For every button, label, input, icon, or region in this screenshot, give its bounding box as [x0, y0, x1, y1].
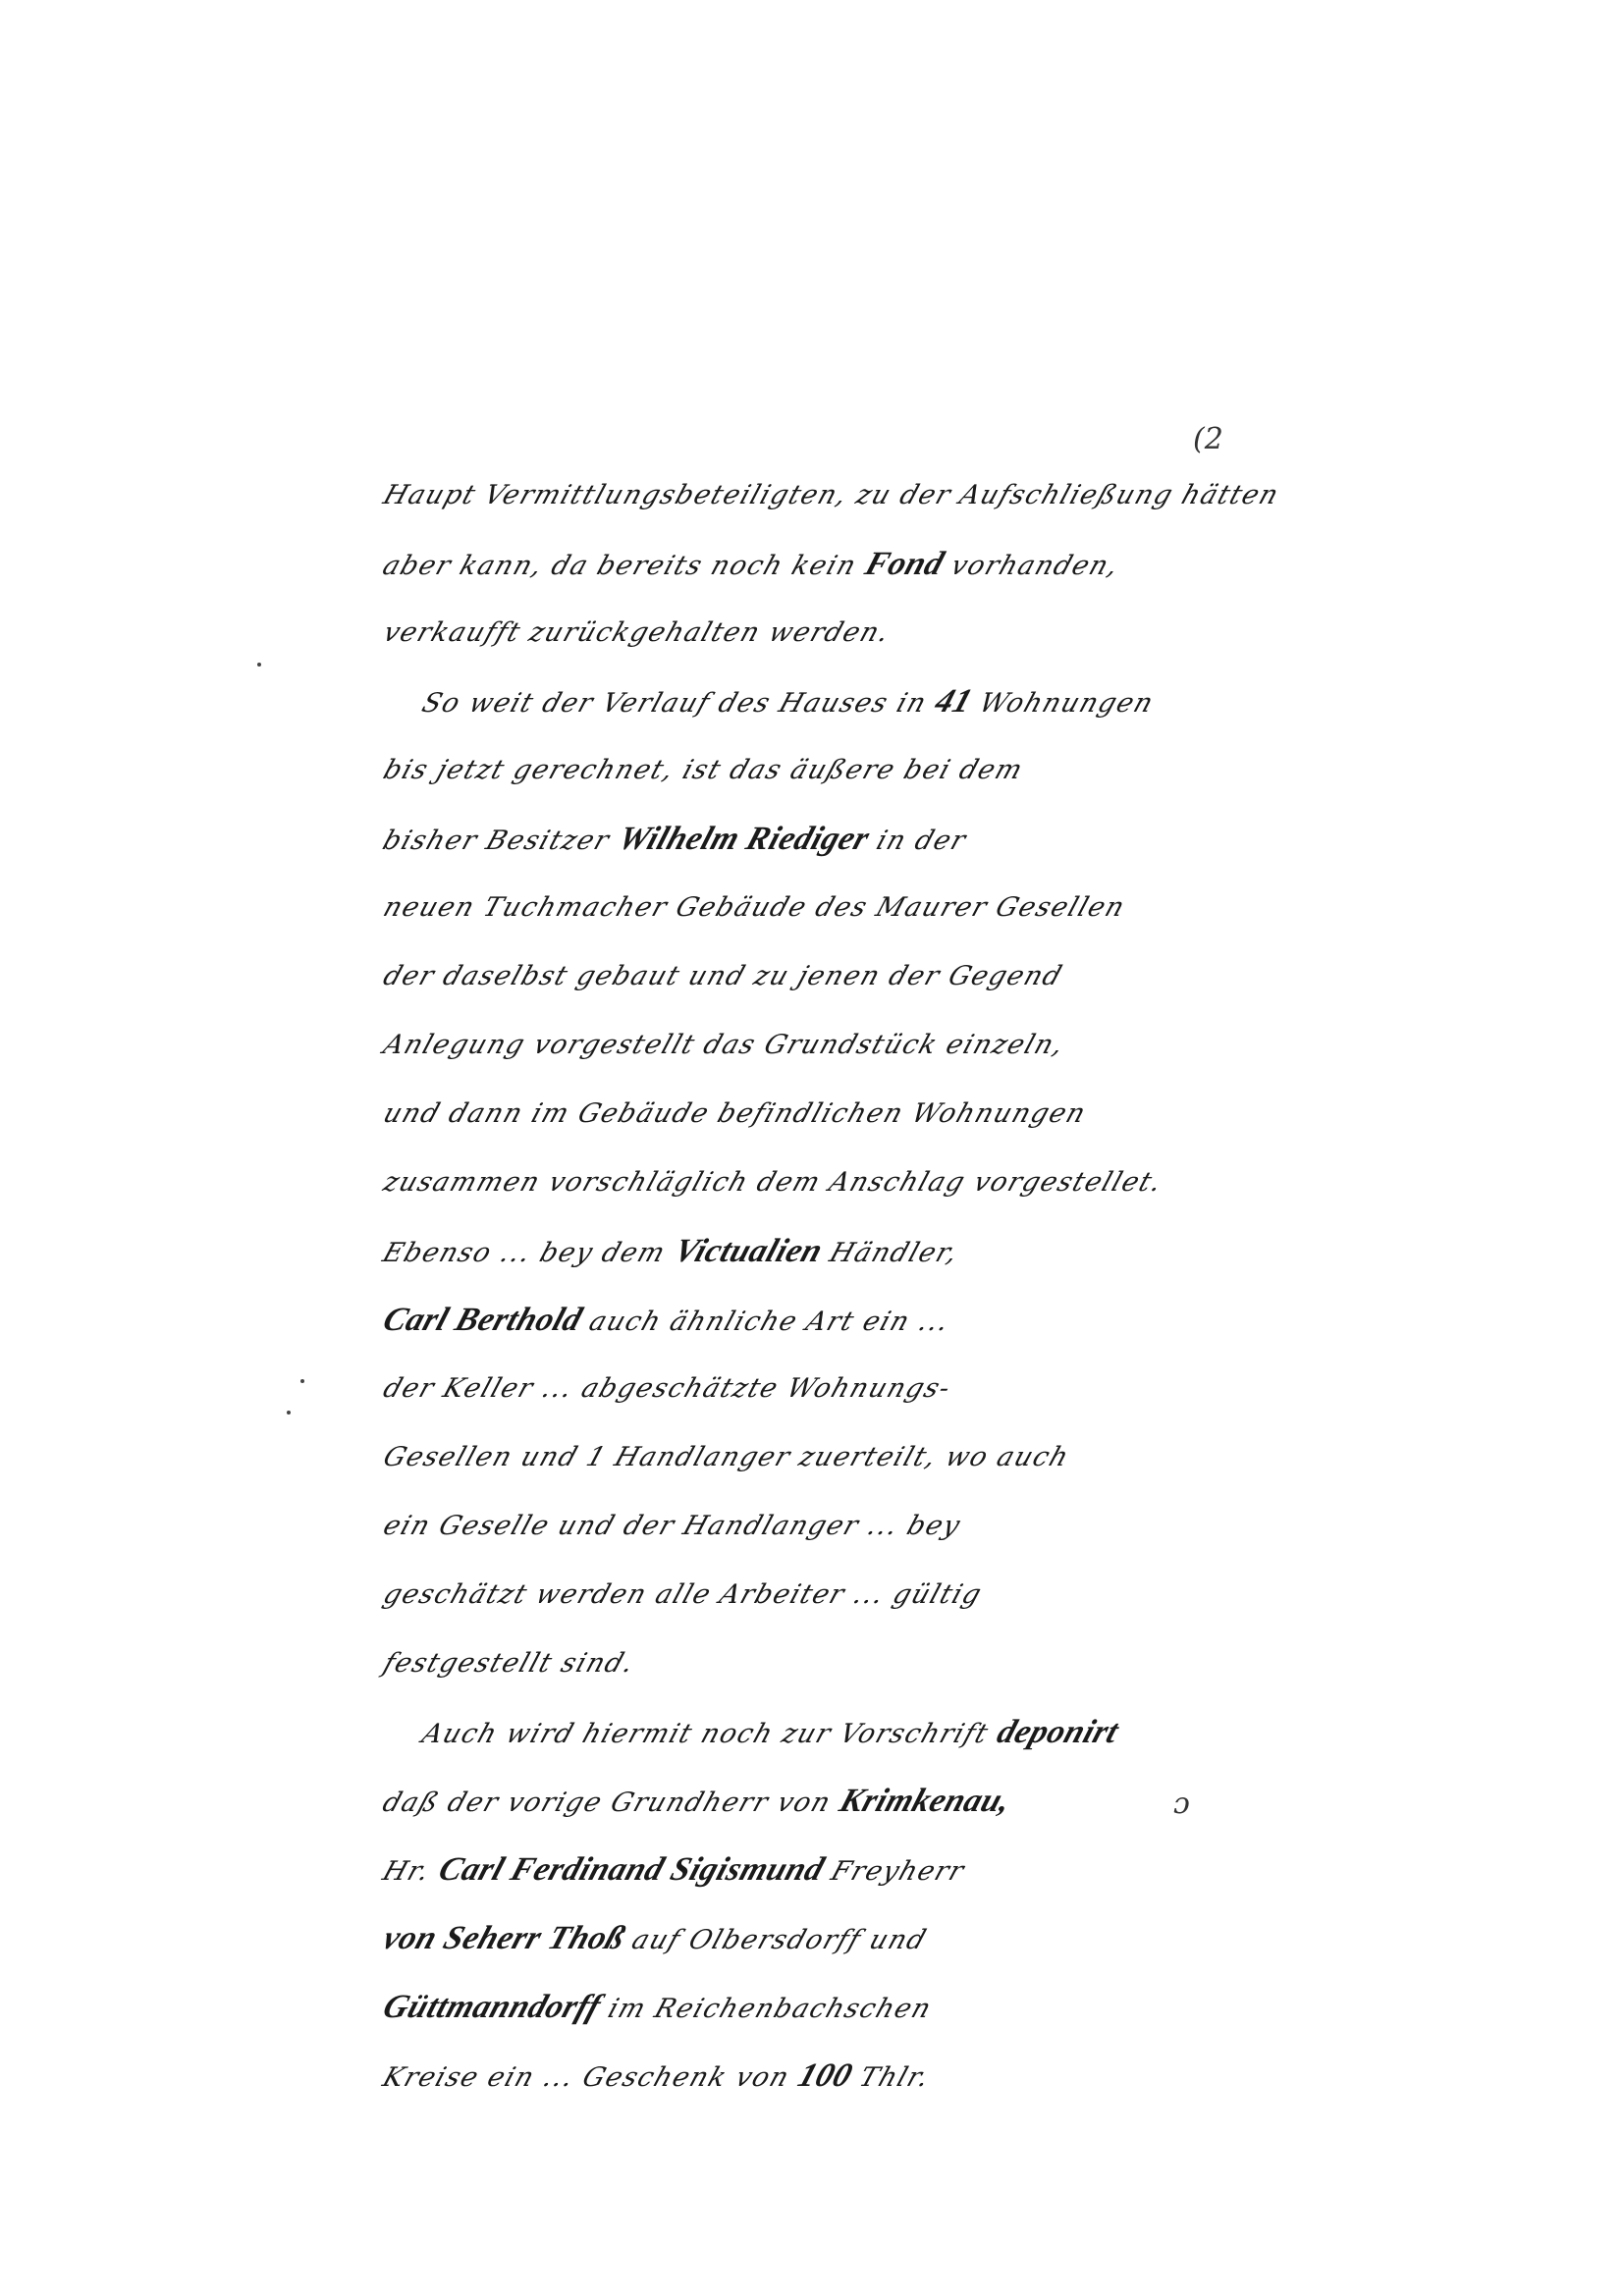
manuscript-line: Ebenso ... bey dem Victualien Händler, — [373, 1217, 1328, 1286]
manuscript-line: Güttmanndorff im Reichenbachschen — [373, 1973, 1328, 2042]
manuscript-line: verkaufft zurückgehalten werden. — [373, 599, 1328, 667]
manuscript-line: Haupt Vermittlungsbeteiligten, zu der Au… — [373, 461, 1328, 530]
manuscript-line: Auch wird hiermit noch zur Vorschrift de… — [373, 1698, 1328, 1767]
name-carl-ferdinand: Carl Ferdinand Sigismund — [434, 1851, 829, 1888]
name-berthold: Carl Berthold — [379, 1302, 587, 1338]
name-seherr-thoss: von Seherr Thoß — [379, 1920, 630, 1956]
manuscript-line: Kreise ein ... Geschenk von 100 Thlr. — [373, 2042, 1328, 2110]
manuscript-line: geschätzt werden alle Arbeiter ... gülti… — [373, 1561, 1328, 1629]
manuscript-line: So weit der Verlauf des Hauses in 41 Woh… — [373, 667, 1328, 736]
manuscript-line: bis jetzt gerechnet, ist das äußere bei … — [373, 736, 1328, 805]
manuscript-line: Gesellen und 1 Handlanger zuerteilt, wo … — [373, 1423, 1328, 1492]
manuscript-line: und dann im Gebäude befindlichen Wohnung… — [373, 1080, 1328, 1148]
manuscript-line: festgestellt sind. — [373, 1629, 1328, 1698]
manuscript-line: neuen Tuchmacher Gebäude des Maurer Gese… — [373, 874, 1328, 942]
manuscript-line: ein Geselle und der Handlanger ... bey — [373, 1492, 1328, 1561]
ink-speck — [287, 1411, 291, 1415]
manuscript-line: der daselbst gebaut und zu jenen der Geg… — [373, 942, 1328, 1011]
ink-speck — [300, 1379, 304, 1383]
manuscript-line: von Seherr Thoß auf Olbersdorff und — [373, 1904, 1328, 1973]
scanned-page: (2 ɔ Haupt Vermittlungsbeteiligten, zu d… — [0, 0, 1624, 2296]
manuscript-line: aber kann, da bereits noch kein Fond vor… — [373, 530, 1328, 599]
manuscript-body: Haupt Vermittlungsbeteiligten, zu der Au… — [373, 461, 1306, 2110]
manuscript-line: daß der vorige Grundherr von Krimkenau, — [373, 1767, 1328, 1836]
margin-annotation: (2 — [1193, 422, 1223, 456]
ink-speck — [257, 663, 261, 667]
manuscript-line: Anlegung vorgestellt das Grundstück einz… — [373, 1011, 1328, 1080]
manuscript-line: Carl Berthold auch ähnliche Art ein ... — [373, 1286, 1328, 1355]
manuscript-line: bisher Besitzer Wilhelm Riediger in der — [373, 805, 1328, 874]
name-riediger: Wilhelm Riediger — [614, 821, 874, 857]
manuscript-line: zusammen vorschläglich dem Anschlag vorg… — [373, 1148, 1328, 1217]
manuscript-line: der Keller ... abgeschätzte Wohnungs- — [373, 1355, 1328, 1423]
manuscript-line: Hr. Carl Ferdinand Sigismund Freyherr — [373, 1836, 1328, 1904]
